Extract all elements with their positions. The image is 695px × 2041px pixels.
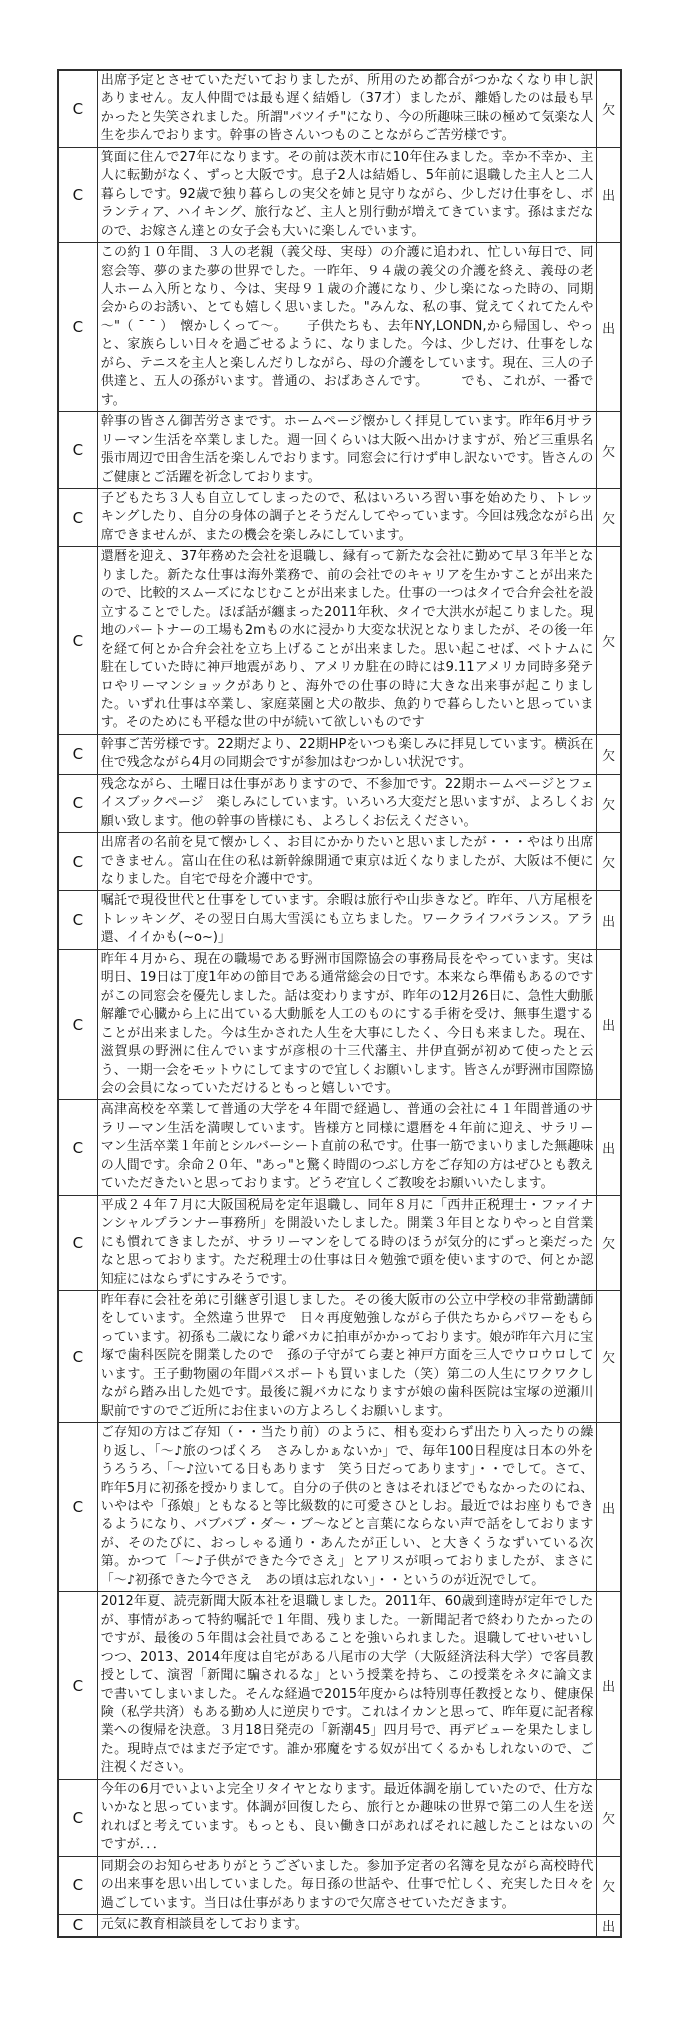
class-cell: C [58,734,97,774]
attendance-status: 出 [597,891,621,949]
table-row: C昨年４月から、現在の職場である野洲市国際協会の事務局長をやっています。実は明日… [58,949,621,1100]
comment-text: 元気に教育相談員をしております。 [97,1914,597,1937]
class-cell: C [58,1291,97,1423]
table-row: C平成２４年７月に大阪国税局を定年退職し、同年８月に「西井正税理士・ファイナンシ… [58,1195,621,1290]
comment-text: 2012年夏、読売新聞大阪本社を退職しました。2011年、60歳到達時が定年でし… [97,1592,597,1780]
comment-text: 残念ながら、土曜日は仕事がありますので、不参加です。22期ホームページとフェイス… [97,774,597,832]
comment-text: 平成２４年７月に大阪国税局を定年退職し、同年８月に「西井正税理士・ファイナンシャ… [97,1195,597,1290]
comment-text: 昨年４月から、現在の職場である野洲市国際協会の事務局長をやっています。実は明日、… [97,949,597,1100]
table-row: Cこの約１０年間、３人の老親（義父母、実母）の介護に追われ、忙しい毎日で、同窓会… [58,243,621,412]
table-row: C幹事ご苦労様です。22期だより、22期HPをいつも楽しみに拝見しています。横浜… [58,734,621,774]
attendance-status: 出 [597,243,621,412]
class-cell: C [58,774,97,832]
attendance-status: 出 [597,1423,621,1592]
attendance-status: 出 [597,949,621,1100]
class-cell: C [58,1779,97,1856]
attendance-status: 欠 [597,774,621,832]
table-row: C出席者の名前を見て懐かしく、お目にかかりたいと思いましたが・・・やはり出席でき… [58,833,621,891]
class-cell: C [58,833,97,891]
attendance-status: 出 [597,1592,621,1780]
class-cell: C [58,1592,97,1780]
comment-text: 箕面に住んで27年になります。その前は茨木市に10年住みました。幸か不幸か、主人… [97,147,597,242]
table-row: C子どもたち３人も自立してしまったので、私はいろいろ習い事を始めたり、トレッキン… [58,488,621,546]
table-row: C幹事の皆さん御苦労さまです。ホームページ懐かしく拝見しています。昨年6月サラリ… [58,412,621,489]
document-page: C出席予定とさせていただいておりましたが、所用のため都合がつかなくなり申し訳あり… [0,0,695,2041]
comment-text: 昨年春に会社を弟に引継ぎ引退しました。その後大阪市の公立中学校の非常勤講師をして… [97,1291,597,1423]
class-cell: C [58,547,97,735]
class-cell: C [58,1100,97,1195]
attendance-status: 欠 [597,488,621,546]
class-cell: C [58,891,97,949]
class-cell: C [58,1856,97,1914]
comment-text: 還暦を迎え、37年務めた会社を退職し、縁有って新たな会社に勤めて早３年半となりま… [97,547,597,735]
class-cell: C [58,488,97,546]
attendance-status: 欠 [597,70,621,147]
attendance-status: 欠 [597,734,621,774]
attendance-status: 欠 [597,412,621,489]
class-cell: C [58,147,97,242]
comment-text: 子どもたち３人も自立してしまったので、私はいろいろ習い事を始めたり、トレッキング… [97,488,597,546]
table-row: C出席予定とさせていただいておりましたが、所用のため都合がつかなくなり申し訳あり… [58,70,621,147]
table-row: C昨年春に会社を弟に引継ぎ引退しました。その後大阪市の公立中学校の非常勤講師をし… [58,1291,621,1423]
table-row: C残念ながら、土曜日は仕事がありますので、不参加です。22期ホームページとフェイ… [58,774,621,832]
comment-text: 嘱託で現役世代と仕事をしています。余暇は旅行や山歩きなど。昨年、八方尾根をトレッ… [97,891,597,949]
attendance-status: 欠 [597,1779,621,1856]
attendance-status: 欠 [597,1856,621,1914]
comment-text: 出席予定とさせていただいておりましたが、所用のため都合がつかなくなり申し訳ありま… [97,70,597,147]
comment-text: 高津高校を卒業して普通の大学を４年間で経過し、普通の会社に４１年間普通のサラリー… [97,1100,597,1195]
table-row: C2012年夏、読売新聞大阪本社を退職しました。2011年、60歳到達時が定年で… [58,1592,621,1780]
table-row: Cご存知の方はご存知（・・当たり前）のように、相も変わらず出たり入ったりの繰り返… [58,1423,621,1592]
attendance-comments-table: C出席予定とさせていただいておりましたが、所用のため都合がつかなくなり申し訳あり… [57,69,622,1938]
comment-text: この約１０年間、３人の老親（義父母、実母）の介護に追われ、忙しい毎日で、同窓会等… [97,243,597,412]
class-cell: C [58,949,97,1100]
class-cell: C [58,1914,97,1937]
table-row: C還暦を迎え、37年務めた会社を退職し、縁有って新たな会社に勤めて早３年半となり… [58,547,621,735]
comment-text: 幹事ご苦労様です。22期だより、22期HPをいつも楽しみに拝見しています。横浜在… [97,734,597,774]
roster-table-body: C出席予定とさせていただいておりましたが、所用のため都合がつかなくなり申し訳あり… [58,70,621,1937]
attendance-status: 欠 [597,1195,621,1290]
comment-text: ご存知の方はご存知（・・当たり前）のように、相も変わらず出たり入ったりの繰り返し… [97,1423,597,1592]
attendance-status: 欠 [597,833,621,891]
attendance-status: 出 [597,1100,621,1195]
table-row: C同期会のお知らせありがとうございました。参加予定者の名簿を見ながら高校時代の出… [58,1856,621,1914]
class-cell: C [58,1195,97,1290]
table-row: C今年の6月でいよいよ完全リタイヤとなります。最近体調を崩していたので、仕方ない… [58,1779,621,1856]
class-cell: C [58,412,97,489]
class-cell: C [58,243,97,412]
table-row: C元気に教育相談員をしております。出 [58,1914,621,1937]
class-cell: C [58,70,97,147]
class-cell: C [58,1423,97,1592]
table-row: C箕面に住んで27年になります。その前は茨木市に10年住みました。幸か不幸か、主… [58,147,621,242]
table-row: C嘱託で現役世代と仕事をしています。余暇は旅行や山歩きなど。昨年、八方尾根をトレ… [58,891,621,949]
attendance-status: 欠 [597,547,621,735]
comment-text: 出席者の名前を見て懐かしく、お目にかかりたいと思いましたが・・・やはり出席できま… [97,833,597,891]
attendance-status: 欠 [597,1291,621,1423]
comment-text: 同期会のお知らせありがとうございました。参加予定者の名簿を見ながら高校時代の出来… [97,1856,597,1914]
attendance-status: 出 [597,1914,621,1937]
attendance-status: 出 [597,147,621,242]
comment-text: 今年の6月でいよいよ完全リタイヤとなります。最近体調を崩していたので、仕方ないか… [97,1779,597,1856]
table-row: C高津高校を卒業して普通の大学を４年間で経過し、普通の会社に４１年間普通のサラリ… [58,1100,621,1195]
comment-text: 幹事の皆さん御苦労さまです。ホームページ懐かしく拝見しています。昨年6月サラリー… [97,412,597,489]
